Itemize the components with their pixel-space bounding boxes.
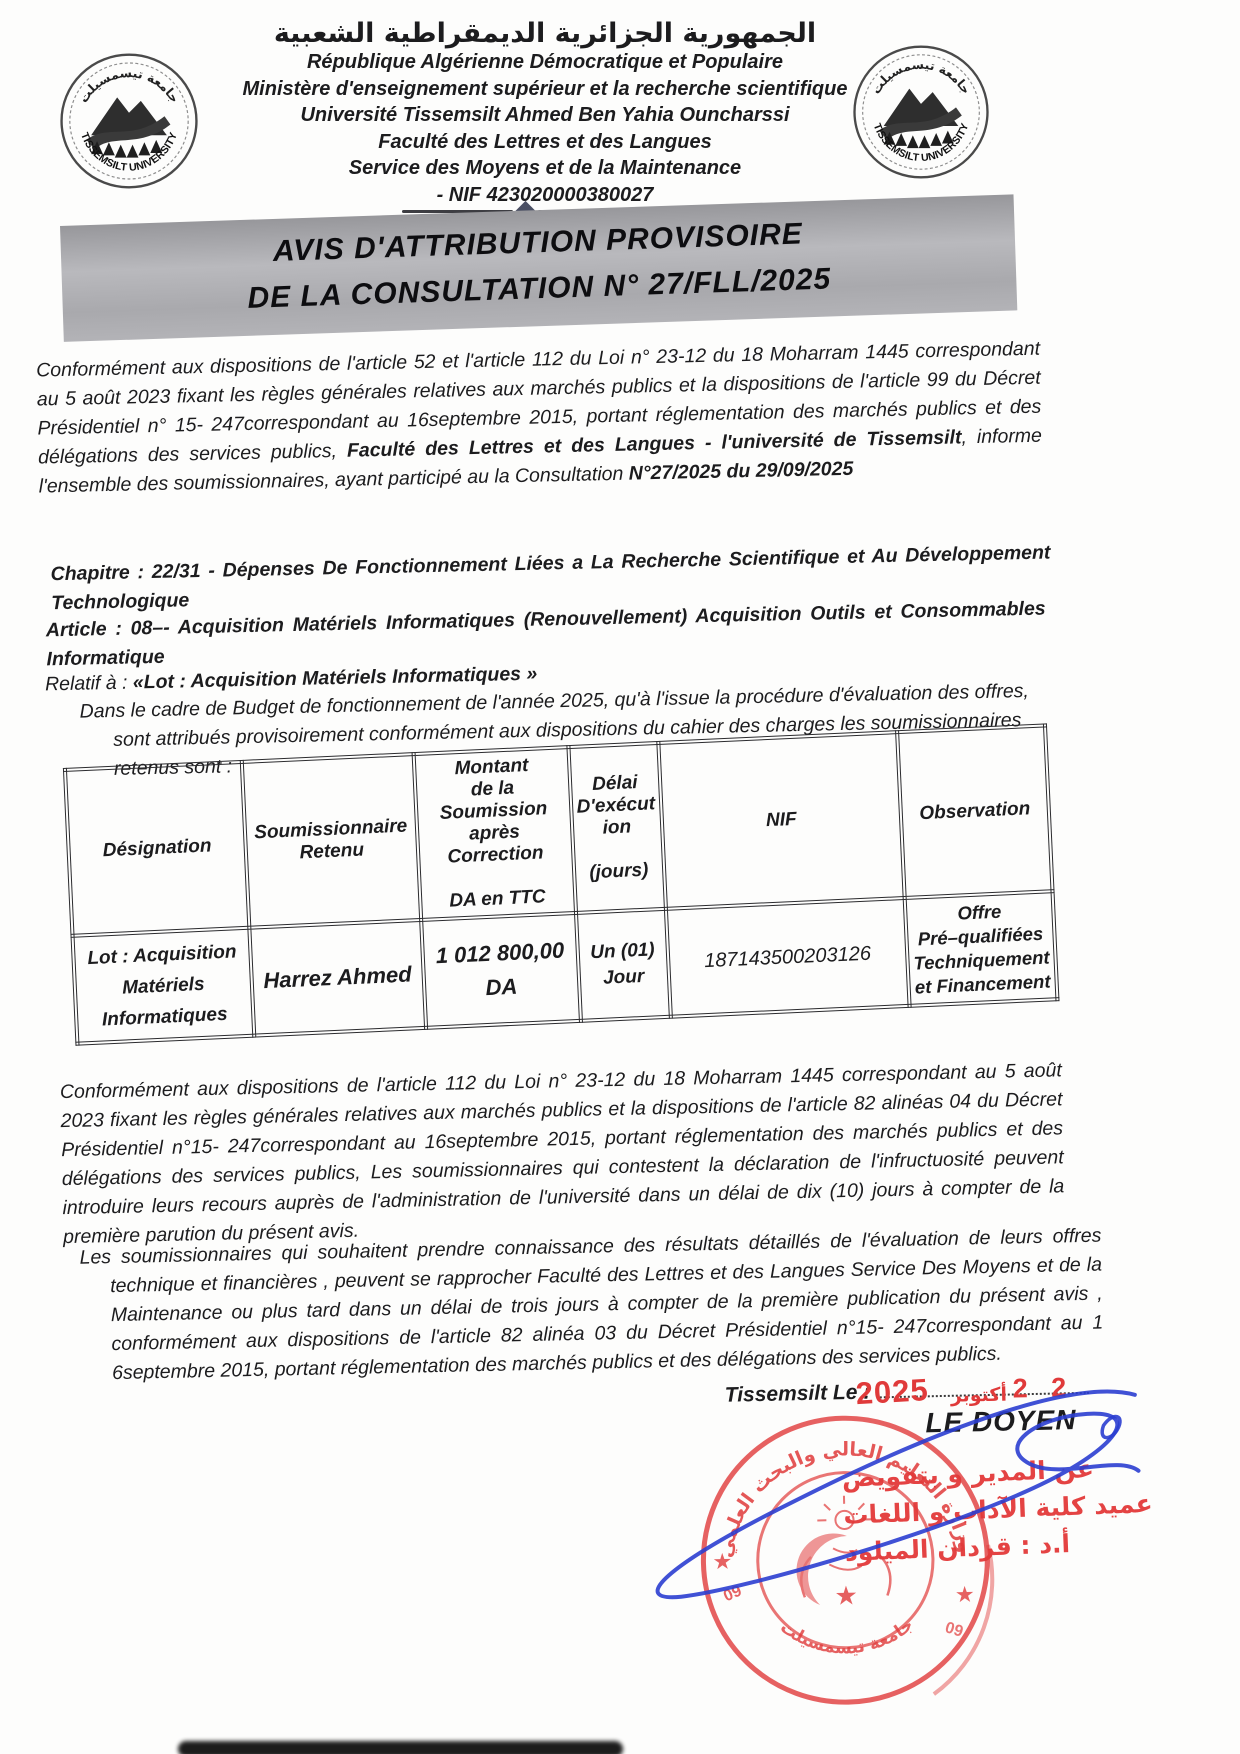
cell-nif: 187143500203126 bbox=[666, 898, 910, 1017]
university-logo-right: جامعة تيسمسيلت TISSEMSILT UNIVERSITY bbox=[850, 42, 992, 182]
header-line-service: Service des Moyens et de la Maintenance bbox=[205, 155, 885, 182]
col-header-designation: Désignation bbox=[65, 762, 249, 936]
paragraph-resultats: Les soumissionnaires qui souhaitent pren… bbox=[79, 1221, 1104, 1388]
logo-arabic-text: جامعة تيسمسيلت bbox=[869, 58, 973, 97]
svg-text:جامعة تيسمسيلت: جامعة تيسمسيلت bbox=[776, 1614, 918, 1660]
header-line-republic: République Algérienne Démocratique et Po… bbox=[205, 49, 885, 76]
document-body: Conformément aux dispositions de l'artic… bbox=[0, 0, 1232, 1]
svg-text:جامعة تيسمسيلت: جامعة تيسمسيلت bbox=[869, 58, 973, 97]
cell-montant: 1 012 800,00 DA bbox=[421, 913, 581, 1028]
arabic-republic-title: الجمهورية الجزائرية الديمقراطية الشعبية bbox=[205, 18, 885, 49]
col-header-observation: Observation bbox=[897, 725, 1052, 898]
p1-faculty-bold: Faculté des Lettres et des Langues - l'u… bbox=[347, 426, 962, 461]
paragraph-legal-intro: Conformément aux dispositions de l'artic… bbox=[36, 335, 1043, 502]
scan-artifact-smudge bbox=[178, 1741, 623, 1754]
col-header-soumissionnaire: Soumissionnaire Retenu bbox=[242, 754, 421, 928]
header-text-block: الجمهورية الجزائرية الديمقراطية الشعبية … bbox=[205, 18, 885, 208]
header-line-ministry: Ministère d'enseignement supérieur et la… bbox=[205, 76, 885, 103]
cell-delai: Un (01) Jour bbox=[576, 909, 671, 1021]
paragraph-recours: Conformément aux dispositions de l'artic… bbox=[60, 1056, 1066, 1252]
attribution-table: Désignation Soumissionnaire Retenu Monta… bbox=[63, 723, 1060, 1045]
relatif-label: Relatif à : bbox=[45, 671, 133, 695]
title-banner: AVIS D'ATTRIBUTION PROVISOIRE DE LA CONS… bbox=[60, 194, 1017, 342]
header-line-university: Université Tissemsilt Ahmed Ben Yahia Ou… bbox=[205, 102, 885, 129]
header-line-faculty: Faculté des Lettres et des Langues bbox=[205, 129, 885, 156]
handwritten-signature bbox=[614, 1372, 1154, 1619]
col-header-nif: NIF bbox=[658, 732, 905, 909]
cell-soumissionnaire: Harrez Ahmed bbox=[249, 920, 425, 1036]
cell-designation: Lot : Acquisition Matériels Informatique… bbox=[73, 928, 255, 1044]
university-logo-left: جامعة تيسمسيلت TISSEMSILT UNIVERSITY bbox=[40, 50, 218, 192]
scanned-document-page: جامعة تيسمسيلت TISSEMSILT UNIVERSITY الج… bbox=[0, 0, 1240, 1754]
signature-stroke-main bbox=[653, 1391, 1141, 1598]
cell-observation: Offre Pré–qualifiées Techniquement et Fi… bbox=[905, 891, 1058, 1006]
svg-text:جامعة تيسمسيلت: جامعة تيسمسيلت bbox=[75, 65, 182, 105]
logo-arabic-text: جامعة تيسمسيلت bbox=[75, 65, 182, 105]
p1-consultation-ref-bold: N°27/2025 du 29/09/2025 bbox=[629, 458, 854, 485]
stamp-bottom-arabic-text: جامعة تيسمسيلت bbox=[776, 1614, 918, 1660]
col-header-montant: Montant de la Soumission après Correctio… bbox=[413, 747, 575, 920]
col-header-delai: Délai D'exécut ion (jours) bbox=[568, 743, 665, 913]
